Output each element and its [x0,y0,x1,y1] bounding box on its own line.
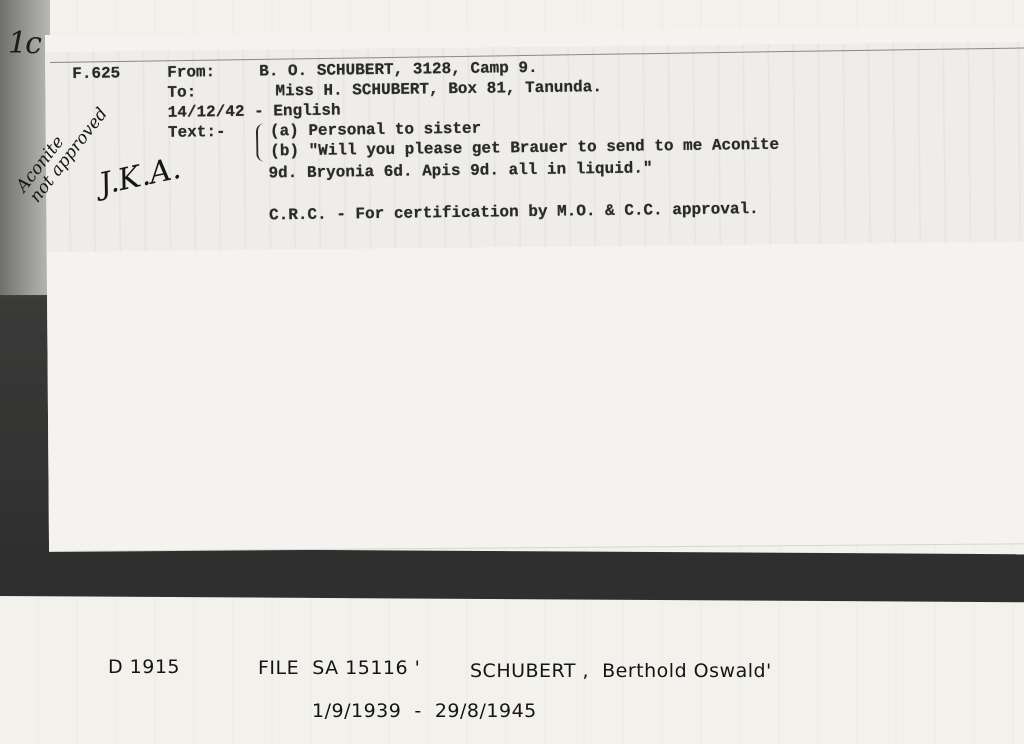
scanner-backing-left [0,0,50,596]
scanner-backing-strip [0,548,1024,602]
file-number: FILE SA 15116 ' [258,657,420,679]
to-label: To: [167,82,196,102]
d-number: D 1915 [108,656,180,678]
reference-number: F.625 [72,63,120,84]
from-label: From: [167,62,215,83]
text-item-a: (a) Personal to sister [270,119,481,142]
brace-icon [256,123,266,161]
date-range: 1/9/1939 - 29/8/1945 [312,700,537,722]
text-label: Text:- [168,122,226,143]
corner-handwritten-mark: 1c [8,26,40,61]
to-value: Miss H. SCHUBERT, Box 81, Tanunda. [275,77,602,101]
subject-name: SCHUBERT , Berthold Oswald' [470,660,772,682]
date-language: 14/12/42 - English [168,100,341,122]
